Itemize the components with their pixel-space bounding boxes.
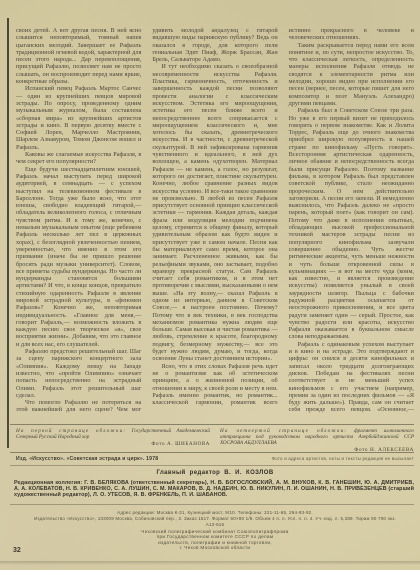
publisher-line: Издательство «Искусство», 103009 Москва,… xyxy=(16,516,414,521)
divider xyxy=(10,504,414,505)
page-number: 32 xyxy=(13,547,21,554)
binding-edge-line xyxy=(7,18,9,448)
editorial-board: Редакционная коллегия: Г. В. БЕЛЯКОВА (о… xyxy=(14,480,414,498)
magazine-page-scan: своих детей. А вот другая песня. В ней я… xyxy=(0,0,420,570)
article-paragraph: Таким раскрывается перед нами его всем п… xyxy=(289,42,414,108)
article-paragraph: Рафаэлю предстоял решительный шаг. Шаг з… xyxy=(16,348,141,399)
article-body: своих детей. А вот другая песня. В ней я… xyxy=(16,27,414,421)
article-paragraph: своих детей. А вот другая песня. В ней я… xyxy=(16,27,141,85)
cover-credits: На первой странице обложки: Государствен… xyxy=(16,428,414,453)
article-paragraph: Рафаэль был в Советском Союзе три раза. … xyxy=(289,107,414,341)
back-cover-credit: На четвертой странице обложки: фрагмент … xyxy=(220,428,414,453)
divider xyxy=(10,465,414,466)
scan-shadow xyxy=(0,561,420,565)
edition-row: Изд. «Искусство». «Советская эстрада и ц… xyxy=(16,456,414,462)
article-paragraph: Каковы же слагаемые искусства Рафаэля, в… xyxy=(16,151,141,166)
article-paragraph: И тут необходимо сказать о своеобразной … xyxy=(152,63,277,362)
divider xyxy=(10,452,414,453)
printing-house-line: г. Чехов Московской области xyxy=(16,545,414,550)
divider xyxy=(10,424,414,425)
chief-editor-line: Главный редактор В. И. КОЗЛОВ xyxy=(16,470,414,476)
no-mailing-note: Фото и адреса артистов, ноты и тексты ре… xyxy=(272,456,414,461)
article-paragraph: Еще будучи шестнадцатилетним юношей, Раф… xyxy=(16,166,141,348)
printing-house-block: Чеховский полиграфический комбинат Союзп… xyxy=(16,529,414,551)
edition-line: Изд. «Искусство». «Советская эстрада и ц… xyxy=(16,456,158,462)
issue-code-line: А13-616 xyxy=(16,522,414,527)
front-cover-credit: На первой странице обложки: Государствен… xyxy=(16,428,210,453)
editorial-address-line: Адрес редакции: Москва К-31, Кузнецкий м… xyxy=(16,510,414,515)
article-paragraph: Испанский певец Рафаэль Мартос Санчес — … xyxy=(16,85,141,151)
front-cover-photo-credit: Фото А. ШИБАНОВА xyxy=(16,441,210,447)
